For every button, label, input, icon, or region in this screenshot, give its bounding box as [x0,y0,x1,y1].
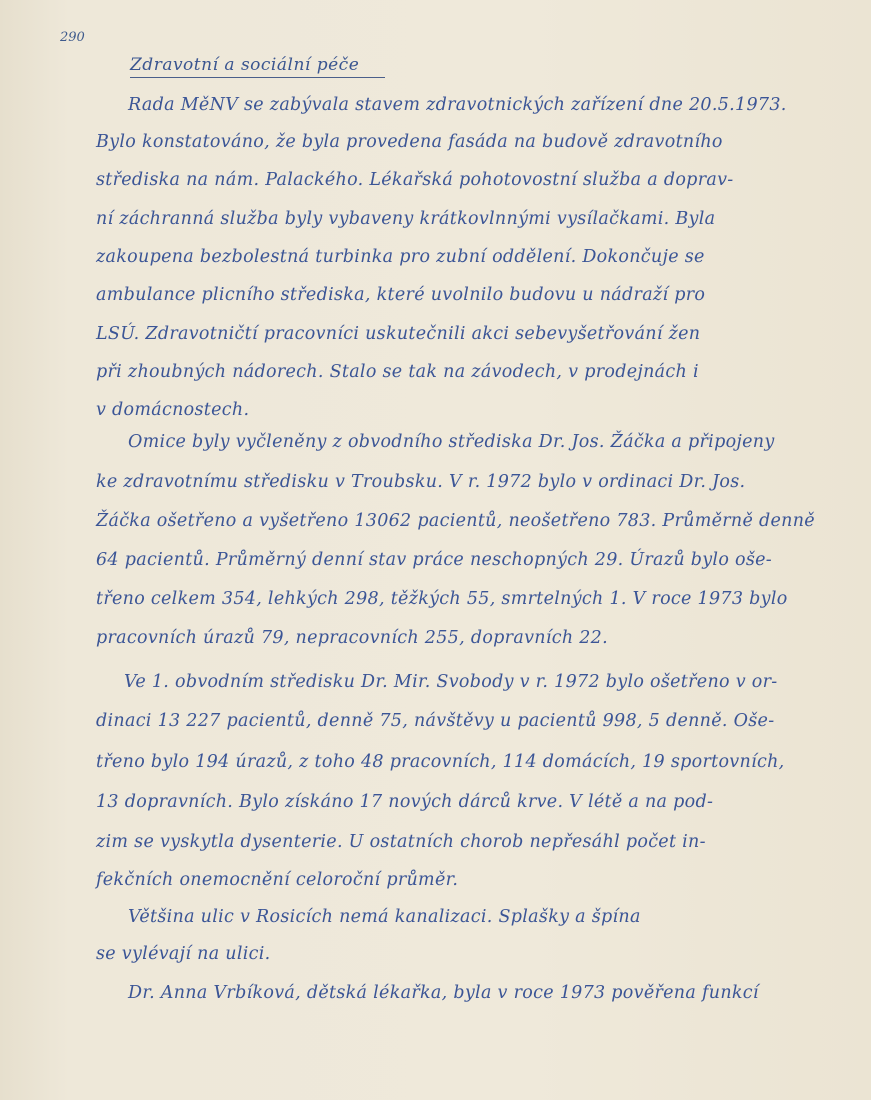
text-line: fekčních onemocnění celoroční průměr. [96,870,458,890]
text-line: Žáčka ošetřeno a vyšetřeno 13062 pacient… [96,511,815,531]
text-line: pracovních úrazů 79, nepracovních 255, d… [96,628,608,648]
text-line: zakoupena bezbolestná turbinka pro zubní… [96,247,705,267]
page-number: 290 [60,30,85,45]
text-line: Bylo konstatováno, že byla provedena fas… [96,132,723,152]
text-line: dinaci 13 227 pacientů, denně 75, návště… [96,711,774,731]
text-line: v domácnostech. [96,400,249,420]
text-line: 64 pacientů. Průměrný denní stav práce n… [96,550,772,570]
text-line: Omice byly vyčleněny z obvodního středis… [128,432,775,452]
text-line: Většina ulic v Rosicích nemá kanalizaci.… [128,907,641,927]
text-line: střediska na nám. Palackého. Lékařská po… [96,170,734,190]
text-line: ní záchranná služba byly vybaveny krátko… [96,209,715,229]
text-line: třeno celkem 354, lehkých 298, těžkých 5… [96,589,788,609]
text-line: Rada MěNV se zabývala stavem zdravotnick… [128,95,787,115]
text-line: 13 dopravních. Bylo získáno 17 nových dá… [96,792,713,812]
text-line: třeno bylo 194 úrazů, z toho 48 pracovní… [96,752,785,772]
text-line: ambulance plicního střediska, které uvol… [96,285,705,305]
text-line: ke zdravotnímu středisku v Troubsku. V r… [96,472,745,492]
text-line: Dr. Anna Vrbíková, dětská lékařka, byla … [128,983,759,1003]
text-line: Ve 1. obvodním středisku Dr. Mir. Svobod… [124,672,778,692]
text-line: se vylévají na ulici. [96,944,271,964]
text-line: LSÚ. Zdravotničtí pracovníci uskutečnili… [96,324,700,344]
section-title: Zdravotní a sociální péče [130,55,385,78]
text-line: zim se vyskytla dysenterie. U ostatních … [96,832,706,852]
text-line: při zhoubných nádorech. Stalo se tak na … [96,362,699,382]
